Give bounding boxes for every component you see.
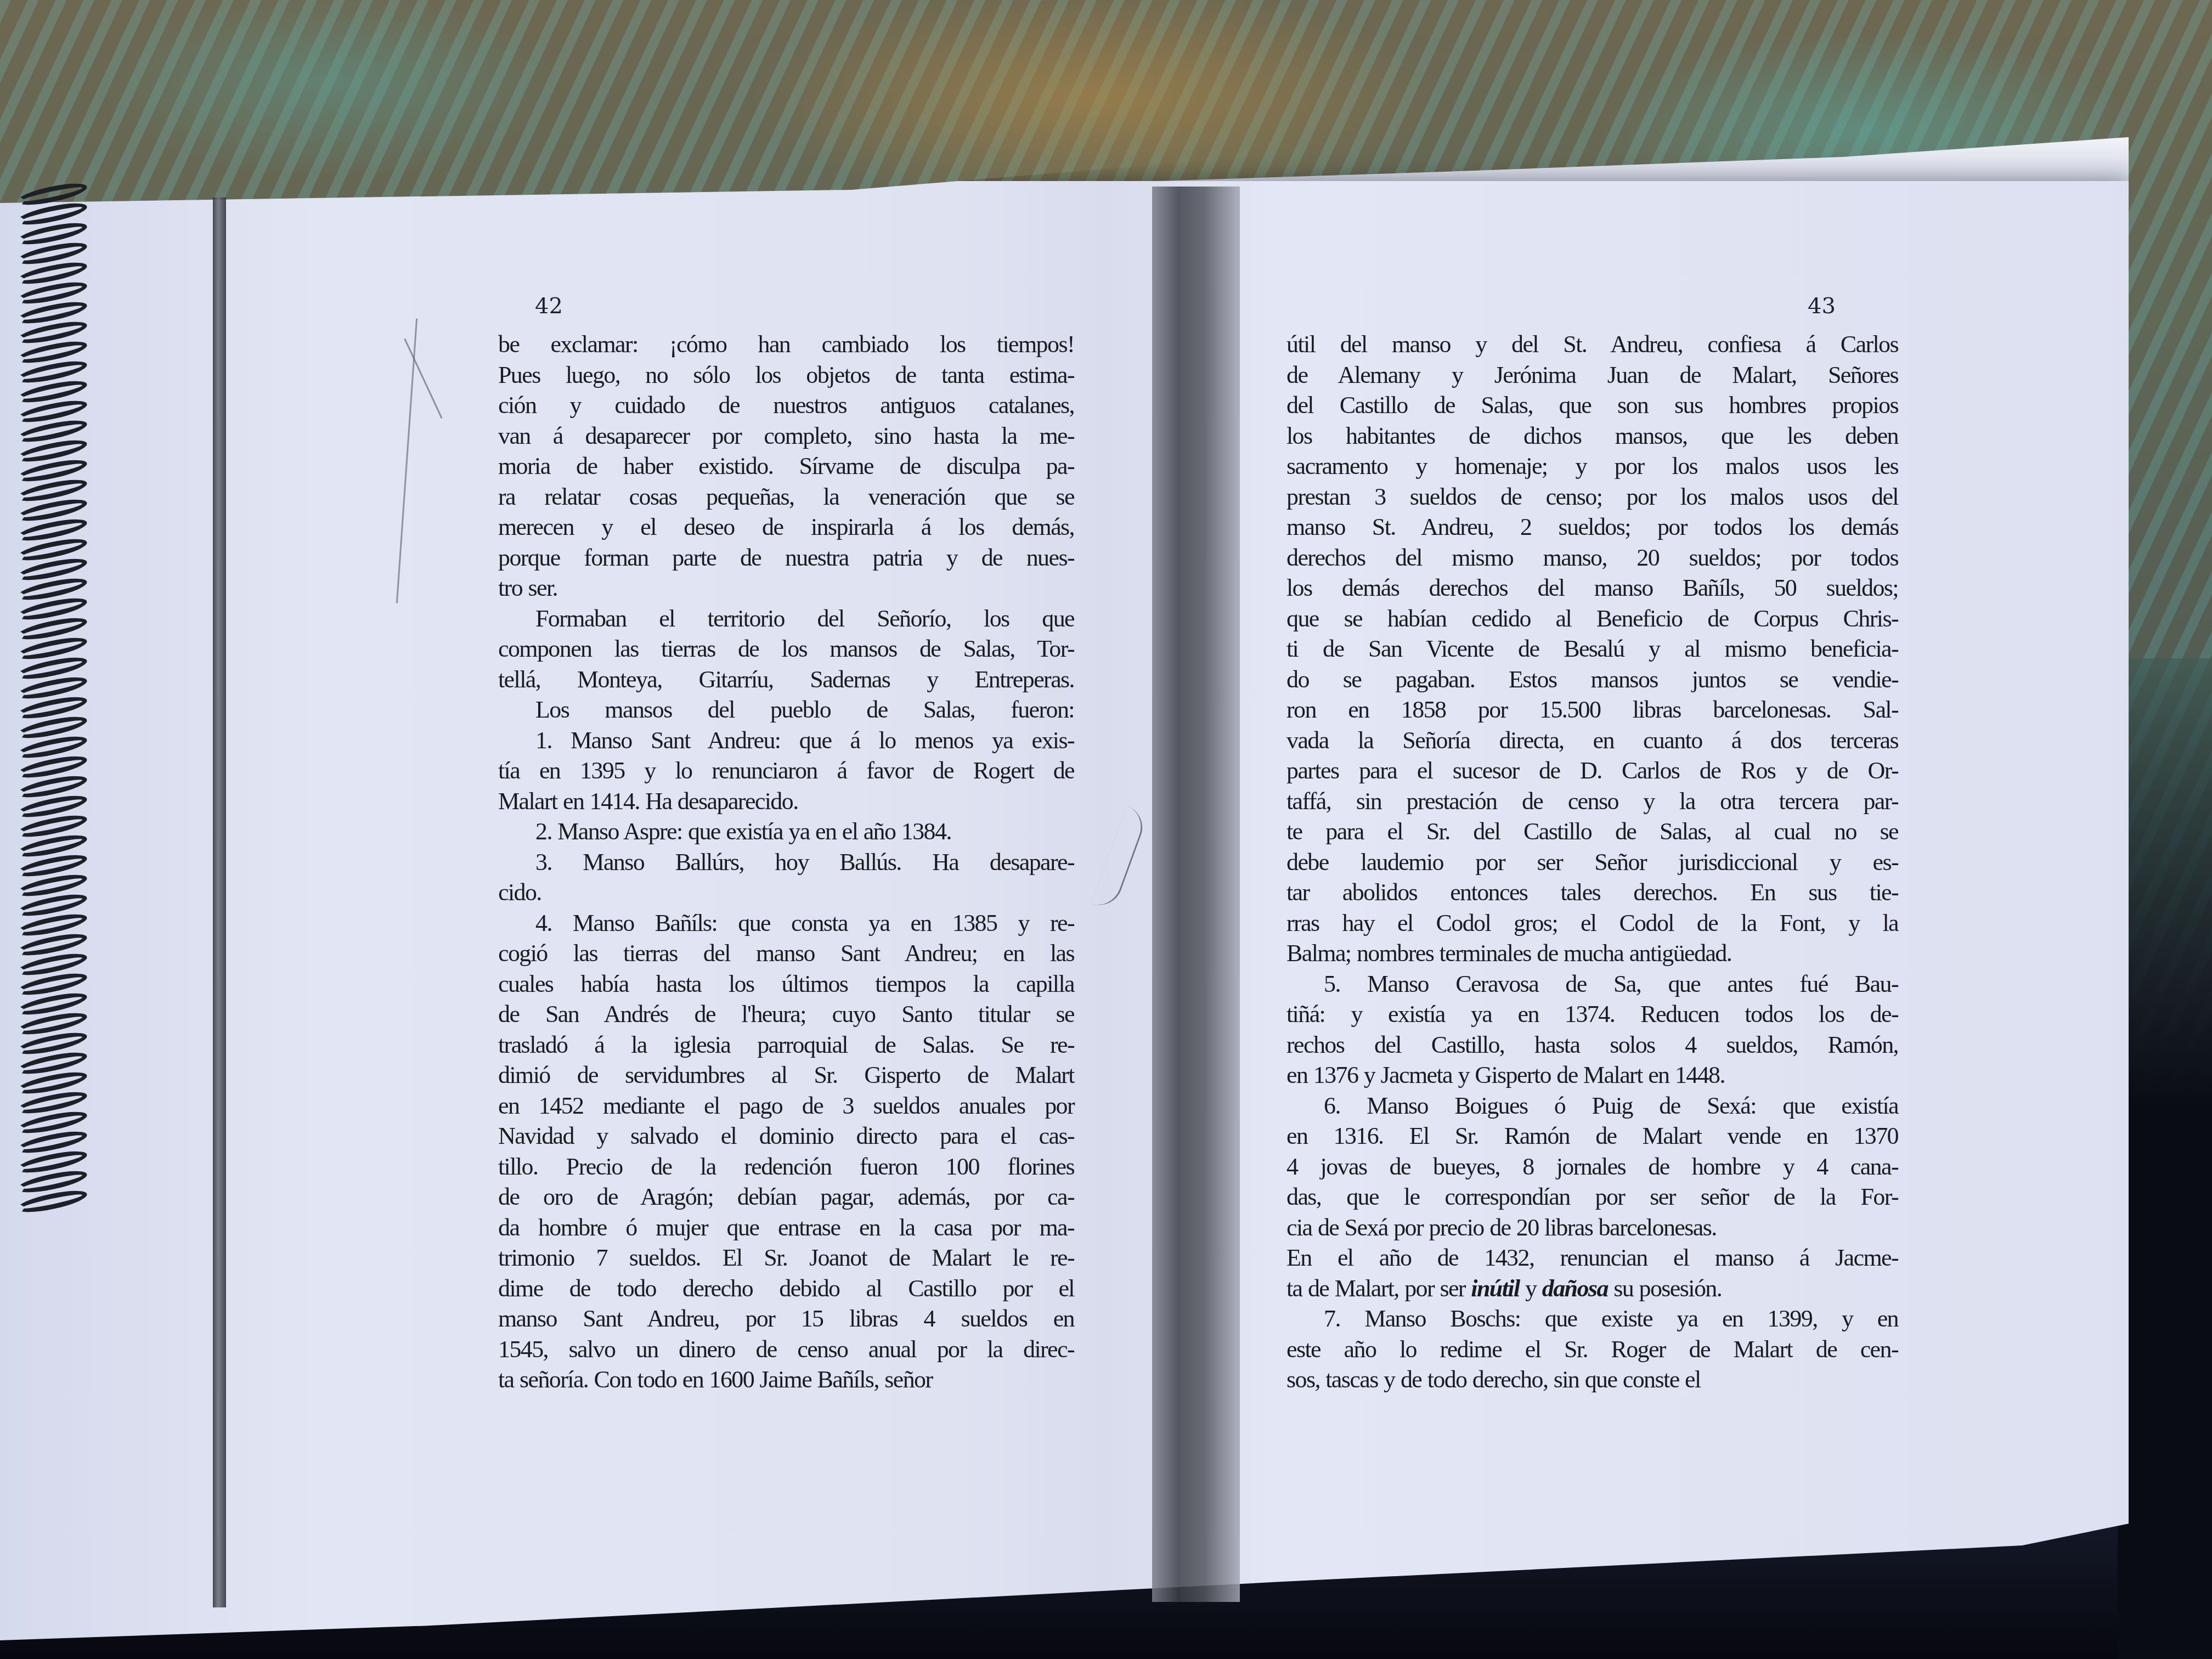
text-line: van á desaparecer por completo, sino has…: [498, 421, 1074, 452]
text-line: tía en 1395 y lo renunciaron á favor de …: [498, 755, 1074, 786]
text-line: en 1452 mediante el pago de 3 sueldos an…: [498, 1091, 1074, 1121]
text-line: moria de haber existido. Sírvame de disc…: [498, 451, 1074, 482]
text-line: Navidad y salvado el dominio directo par…: [498, 1121, 1074, 1152]
text-line: ti de San Vicente de Besalú y al mismo b…: [1286, 634, 1898, 664]
text-line: sos, tascas y de todo derecho, sin que c…: [1286, 1364, 1898, 1395]
text-line: cuales había hasta los últimos tiempos l…: [498, 969, 1074, 1000]
text-line: tillo. Precio de la redención fueron 100…: [498, 1152, 1074, 1182]
text-line: be exclamar: ¡cómo han cambiado los tiem…: [498, 329, 1074, 360]
text-line: 2. Manso Aspre: que existía ya en el año…: [498, 816, 1074, 847]
text-line: prestan 3 sueldos de censo; por los malo…: [1286, 482, 1898, 512]
text-line: da hombre ó mujer que entrase en la casa…: [498, 1212, 1074, 1243]
text-line: partes para el sucesor de D. Carlos de R…: [1286, 755, 1898, 786]
text-line: debe laudemio por ser Señor jurisdiccion…: [1286, 847, 1898, 878]
text-line: cogió las tierras del manso Sant Andreu;…: [498, 938, 1074, 969]
text-line: del Castillo de Salas, que son sus hombr…: [1286, 390, 1898, 421]
text-line: das, que le correspondían por ser señor …: [1286, 1182, 1898, 1212]
page-number-right: 43: [1808, 294, 1836, 319]
spiral-binding: [16, 187, 110, 1635]
text-line: componen las tierras de los mansos de Sa…: [498, 634, 1074, 664]
text-line: taffá, sin prestación de censo y la otra…: [1286, 786, 1898, 817]
text-line: vada la Señoría directa, en cuanto á dos…: [1286, 725, 1898, 756]
text-line: ta señoría. Con todo en 1600 Jaime Bañíl…: [498, 1364, 1074, 1395]
text-line: cido.: [498, 877, 1074, 908]
text-line: trasladó á la iglesia parroquial de Sala…: [498, 1030, 1074, 1060]
text-line: 1. Manso Sant Andreu: que á lo menos ya …: [498, 725, 1074, 756]
text-line: sacramento y homenaje; y por los malos u…: [1286, 451, 1898, 482]
text-line: te para el Sr. del Castillo de Salas, al…: [1286, 816, 1898, 847]
text-line: útil del manso y del St. Andreu, confies…: [1286, 329, 1898, 360]
left-scan-edge: [213, 198, 226, 1607]
page-number-left: 42: [535, 294, 563, 319]
text-line: En el año de 1432, renuncian el manso á …: [1286, 1243, 1898, 1273]
text-line: manso Sant Andreu, por 15 libras 4 sueld…: [498, 1304, 1074, 1334]
gutter-shadow: [1152, 187, 1240, 1602]
text-line: 6. Manso Boigues ó Puig de Sexá: que exi…: [1286, 1091, 1898, 1121]
text-line: 1545, salvo un dinero de censo anual por…: [498, 1334, 1074, 1365]
text-line: cia de Sexá por precio de 20 libras barc…: [1286, 1212, 1898, 1243]
left-page-text: be exclamar: ¡cómo han cambiado los tiem…: [498, 329, 1074, 1395]
text-line: 3. Manso Ballúrs, hoy Ballús. Ha desapar…: [498, 847, 1074, 878]
text-line: derechos del mismo manso, 20 sueldos; po…: [1286, 543, 1898, 573]
emphasized-word: inútil: [1471, 1275, 1519, 1302]
text-line: este año lo redime el Sr. Roger de Malar…: [1286, 1334, 1898, 1365]
text-line: ron en 1858 por 15.500 libras barcelones…: [1286, 695, 1898, 725]
text-line: 5. Manso Ceravosa de Sa, que antes fué B…: [1286, 969, 1898, 1000]
text-line: 4 jovas de bueyes, 8 jornales de hombre …: [1286, 1152, 1898, 1182]
text-line: rechos del Castillo, hasta solos 4 sueld…: [1286, 1030, 1898, 1060]
text-line: 4. Manso Bañíls: que consta ya en 1385 y…: [498, 908, 1074, 939]
text-line: Pues luego, no sólo los objetos de tanta…: [498, 360, 1074, 391]
right-page-text: útil del manso y del St. Andreu, confies…: [1286, 329, 1898, 1395]
text-line: de oro de Aragón; debían pagar, además, …: [498, 1182, 1074, 1212]
text-line: tiñá: y existía ya en 1374. Reducen todo…: [1286, 999, 1898, 1030]
text-line: ra relatar cosas pequeñas, la veneración…: [498, 482, 1074, 512]
text-line: trimonio 7 sueldos. El Sr. Joanot de Mal…: [498, 1243, 1074, 1273]
text-line: do se pagaban. Estos mansos juntos se ve…: [1286, 664, 1898, 695]
text-line: Los mansos del pueblo de Salas, fueron:: [498, 695, 1074, 725]
text-line: que se habían cedido al Beneficio de Cor…: [1286, 603, 1898, 634]
text-line: los habitantes de dichos mansos, que les…: [1286, 421, 1898, 452]
text-line: dimió de servidumbres al Sr. Gisperto de…: [498, 1060, 1074, 1091]
text-line: en 1316. El Sr. Ramón de Malart vende en…: [1286, 1121, 1898, 1152]
text-line: merecen y el deseo de inspirarla á los d…: [498, 512, 1074, 543]
emphasized-word: dañosa: [1542, 1275, 1608, 1302]
text-line: tro ser.: [498, 573, 1074, 603]
text-line: rras hay el Codol gros; el Codol de la F…: [1286, 908, 1898, 939]
text-fragment: y: [1520, 1275, 1542, 1302]
text-line: tar abolidos entonces tales derechos. En…: [1286, 877, 1898, 908]
text-line: los demás derechos del manso Bañíls, 50 …: [1286, 573, 1898, 603]
text-line: ta de Malart, por ser inútil y dañosa su…: [1286, 1273, 1898, 1304]
text-fragment: su posesión.: [1608, 1275, 1722, 1302]
text-line: 7. Manso Boschs: que existe ya en 1399, …: [1286, 1304, 1898, 1334]
text-line: tellá, Monteya, Gitarríu, Sadernas y Ent…: [498, 664, 1074, 695]
text-line: porque forman parte de nuestra patria y …: [498, 543, 1074, 573]
text-line: dime de todo derecho debido al Castillo …: [498, 1273, 1074, 1304]
text-line: Balma; nombres terminales de mucha antig…: [1286, 938, 1898, 969]
text-line: ción y cuidado de nuestros antiguos cata…: [498, 390, 1074, 421]
text-line: manso St. Andreu, 2 sueldos; por todos l…: [1286, 512, 1898, 543]
text-line: Malart en 1414. Ha desaparecido.: [498, 786, 1074, 817]
text-fragment: ta de Malart, por ser: [1286, 1275, 1471, 1302]
text-line: Formaban el territorio del Señorío, los …: [498, 603, 1074, 634]
background-edge: [2118, 658, 2212, 1659]
text-line: en 1376 y Jacmeta y Gisperto de Malart e…: [1286, 1060, 1898, 1091]
text-line: de San Andrés de l'heura; cuyo Santo tit…: [498, 999, 1074, 1030]
text-line: de Alemany y Jerónima Juan de Malart, Se…: [1286, 360, 1898, 391]
